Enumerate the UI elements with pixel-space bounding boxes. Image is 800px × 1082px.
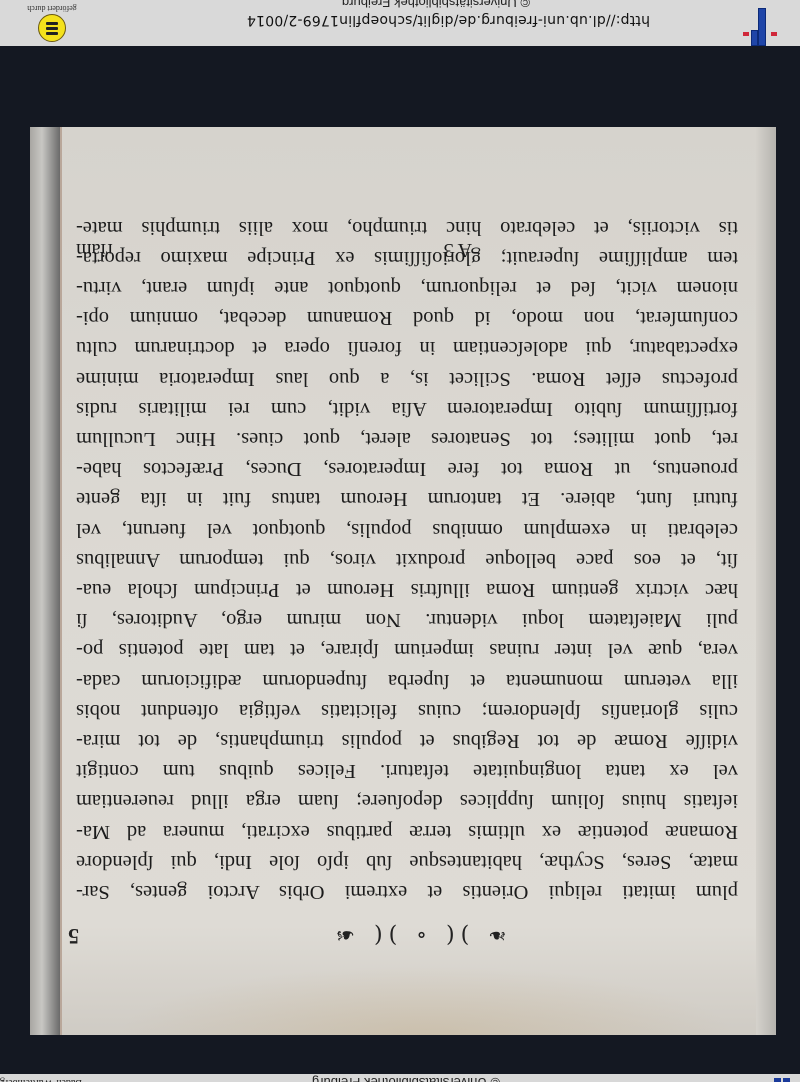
ub-logo-partial-icon — [774, 1076, 790, 1082]
page-header: ❧ )( ∘ )( ☙ 5 — [60, 913, 776, 953]
text-line: puli Maieſtatem loqui videntur. Non miru… — [76, 605, 738, 635]
text-line: profectus eſſet Roma. Scilicet is, a quo… — [76, 363, 738, 393]
permalink-url[interactable]: http://dl.ub.uni-freiburg.de/diglit/scho… — [247, 12, 650, 28]
ub-freiburg-logo-icon — [740, 8, 780, 46]
page-stain — [116, 965, 736, 1035]
top-bar: © Universitätsbibliothek Freiburg Baden-… — [0, 1074, 800, 1082]
funding-badge[interactable]: gefördert durch — [22, 2, 82, 42]
page-number: 5 — [68, 923, 79, 949]
viewer-footer-bar: http://dl.ub.uni-freiburg.de/diglit/scho… — [0, 0, 800, 46]
text-line: celebrati in exemplum omnibus populis, q… — [76, 514, 738, 544]
page-footer: A 3 riam — [76, 231, 738, 261]
ornament-icon: ❧ )( ∘ )( ☙ — [329, 922, 506, 947]
text-line: ret, quot milites; tot Senatores aleret,… — [76, 424, 738, 454]
text-line: illa veterum monumenta et ſuperba ſtupen… — [76, 665, 738, 695]
viewer-stage: © Universitätsbibliothek Freiburg Baden-… — [0, 0, 800, 1082]
text-line: ſit, et eos pace belloque produxit viros… — [76, 545, 738, 575]
text-line: vidiſſe Romæ de tot Regibus et populis t… — [76, 726, 738, 756]
text-line: vel ex tanta longinquitate teſtaturi. Fe… — [76, 756, 738, 786]
top-copyright: © Universitätsbibliothek Freiburg — [312, 1075, 500, 1082]
text-line: conſumſerat, non modo, id quod Romanum d… — [76, 303, 738, 333]
book-spine-edge — [30, 127, 60, 1035]
text-line: futuri ſunt, abiere. Et tantorum Heroum … — [76, 484, 738, 514]
scanned-page: ❧ )( ∘ )( ☙ 5 plum imitati reliqui Orien… — [60, 127, 776, 1035]
text-line: fortiſſimum ſubito Imperatorem Aſia vidi… — [76, 394, 738, 424]
text-line: nionem vicit, ſed et reliquorum, quotquo… — [76, 273, 738, 303]
funding-label: gefördert durch — [22, 4, 82, 13]
text-line: plum imitati reliqui Orientis et extremi… — [76, 877, 738, 907]
top-funder: Baden-Württemberg — [0, 1077, 82, 1082]
baden-wuerttemberg-seal-icon — [38, 14, 66, 42]
signature-mark: A 3 — [444, 238, 472, 261]
page-text: plum imitati reliqui Orientis et extremi… — [76, 212, 738, 907]
text-line: expectabatur, qui adoleſcentiam in foren… — [76, 333, 738, 363]
text-line: matæ, Seres, Scythæ, habitantesque ſub i… — [76, 847, 738, 877]
copyright-text: © Universitätsbibliothek Freiburg — [342, 0, 530, 10]
text-line: hæc victrix gentium Roma illuſtris Herou… — [76, 575, 738, 605]
text-line: prouentus, ut Roma tot fere Imperatores,… — [76, 454, 738, 484]
text-line: vera, quæ vel inter ruinas imperium ſpir… — [76, 635, 738, 665]
text-line: ieſtatis huius ſolium ſupplices depoſuer… — [76, 786, 738, 816]
page-gutter — [756, 127, 776, 1035]
text-line: culis glorianſis ſplendorem; cuius felic… — [76, 696, 738, 726]
text-line: Romanæ potentiæ ex ultimis terræ partibu… — [76, 816, 738, 846]
catchword: riam — [76, 238, 113, 261]
